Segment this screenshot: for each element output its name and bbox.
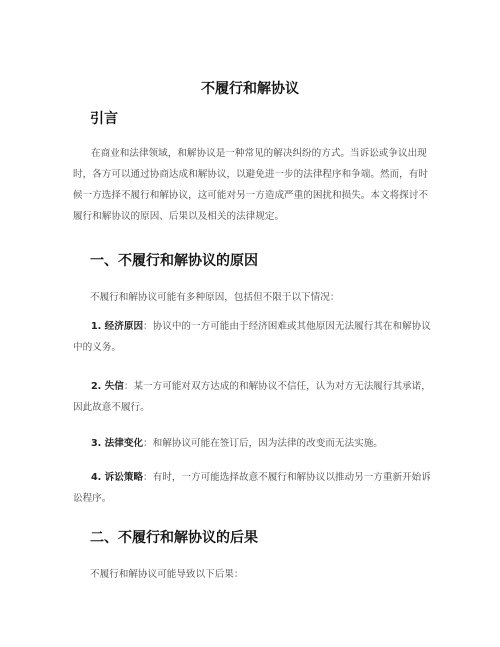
list-item-2: 2. 失信：某一方可能对双方达成的和解协议不信任，认为对方无法履行其承诺，因此故… (73, 376, 433, 418)
list-item-label: 3. 法律变化 (91, 438, 143, 449)
intro-paragraph: 在商业和法律领域，和解协议是一种常见的解决纠纷的方式。当诉讼或争议出现时，各方可… (73, 143, 433, 227)
section1-heading: 一、不履行和解协议的原因 (90, 250, 258, 270)
document-page: 不履行和解协议 引言 在商业和法律领域，和解协议是一种常见的解决纠纷的方式。当诉… (0, 0, 500, 647)
section1-lead: 不履行和解协议可能有多种原因，包括但不限于以下情况： (90, 287, 450, 308)
document-title: 不履行和解协议 (0, 78, 500, 98)
list-item-4: 4. 诉讼策略：有时，一方可能选择故意不履行和解协议以推动另一方重新开始诉讼程序… (73, 467, 433, 509)
list-item-text: ：和解协议可能在签订后，因为法律的改变而无法实施。 (143, 438, 383, 449)
section2-heading: 二、不履行和解协议的后果 (90, 527, 258, 547)
list-item-label: 2. 失信 (91, 381, 124, 392)
list-item-1: 1. 经济原因：协议中的一方可能由于经济困难或其他原因无法履行其在和解协议中的义… (73, 316, 433, 358)
list-item-text: ：某一方可能对双方达成的和解协议不信任，认为对方无法履行其承诺，因此故意不履行。 (73, 381, 431, 413)
intro-heading: 引言 (90, 108, 118, 128)
list-item-label: 4. 诉讼策略 (91, 472, 143, 483)
list-item-3: 3. 法律变化：和解协议可能在签订后，因为法律的改变而无法实施。 (73, 433, 433, 454)
section2-lead: 不履行和解协议可能导致以下后果： (90, 564, 450, 585)
list-item-label: 1. 经济原因 (91, 321, 143, 332)
